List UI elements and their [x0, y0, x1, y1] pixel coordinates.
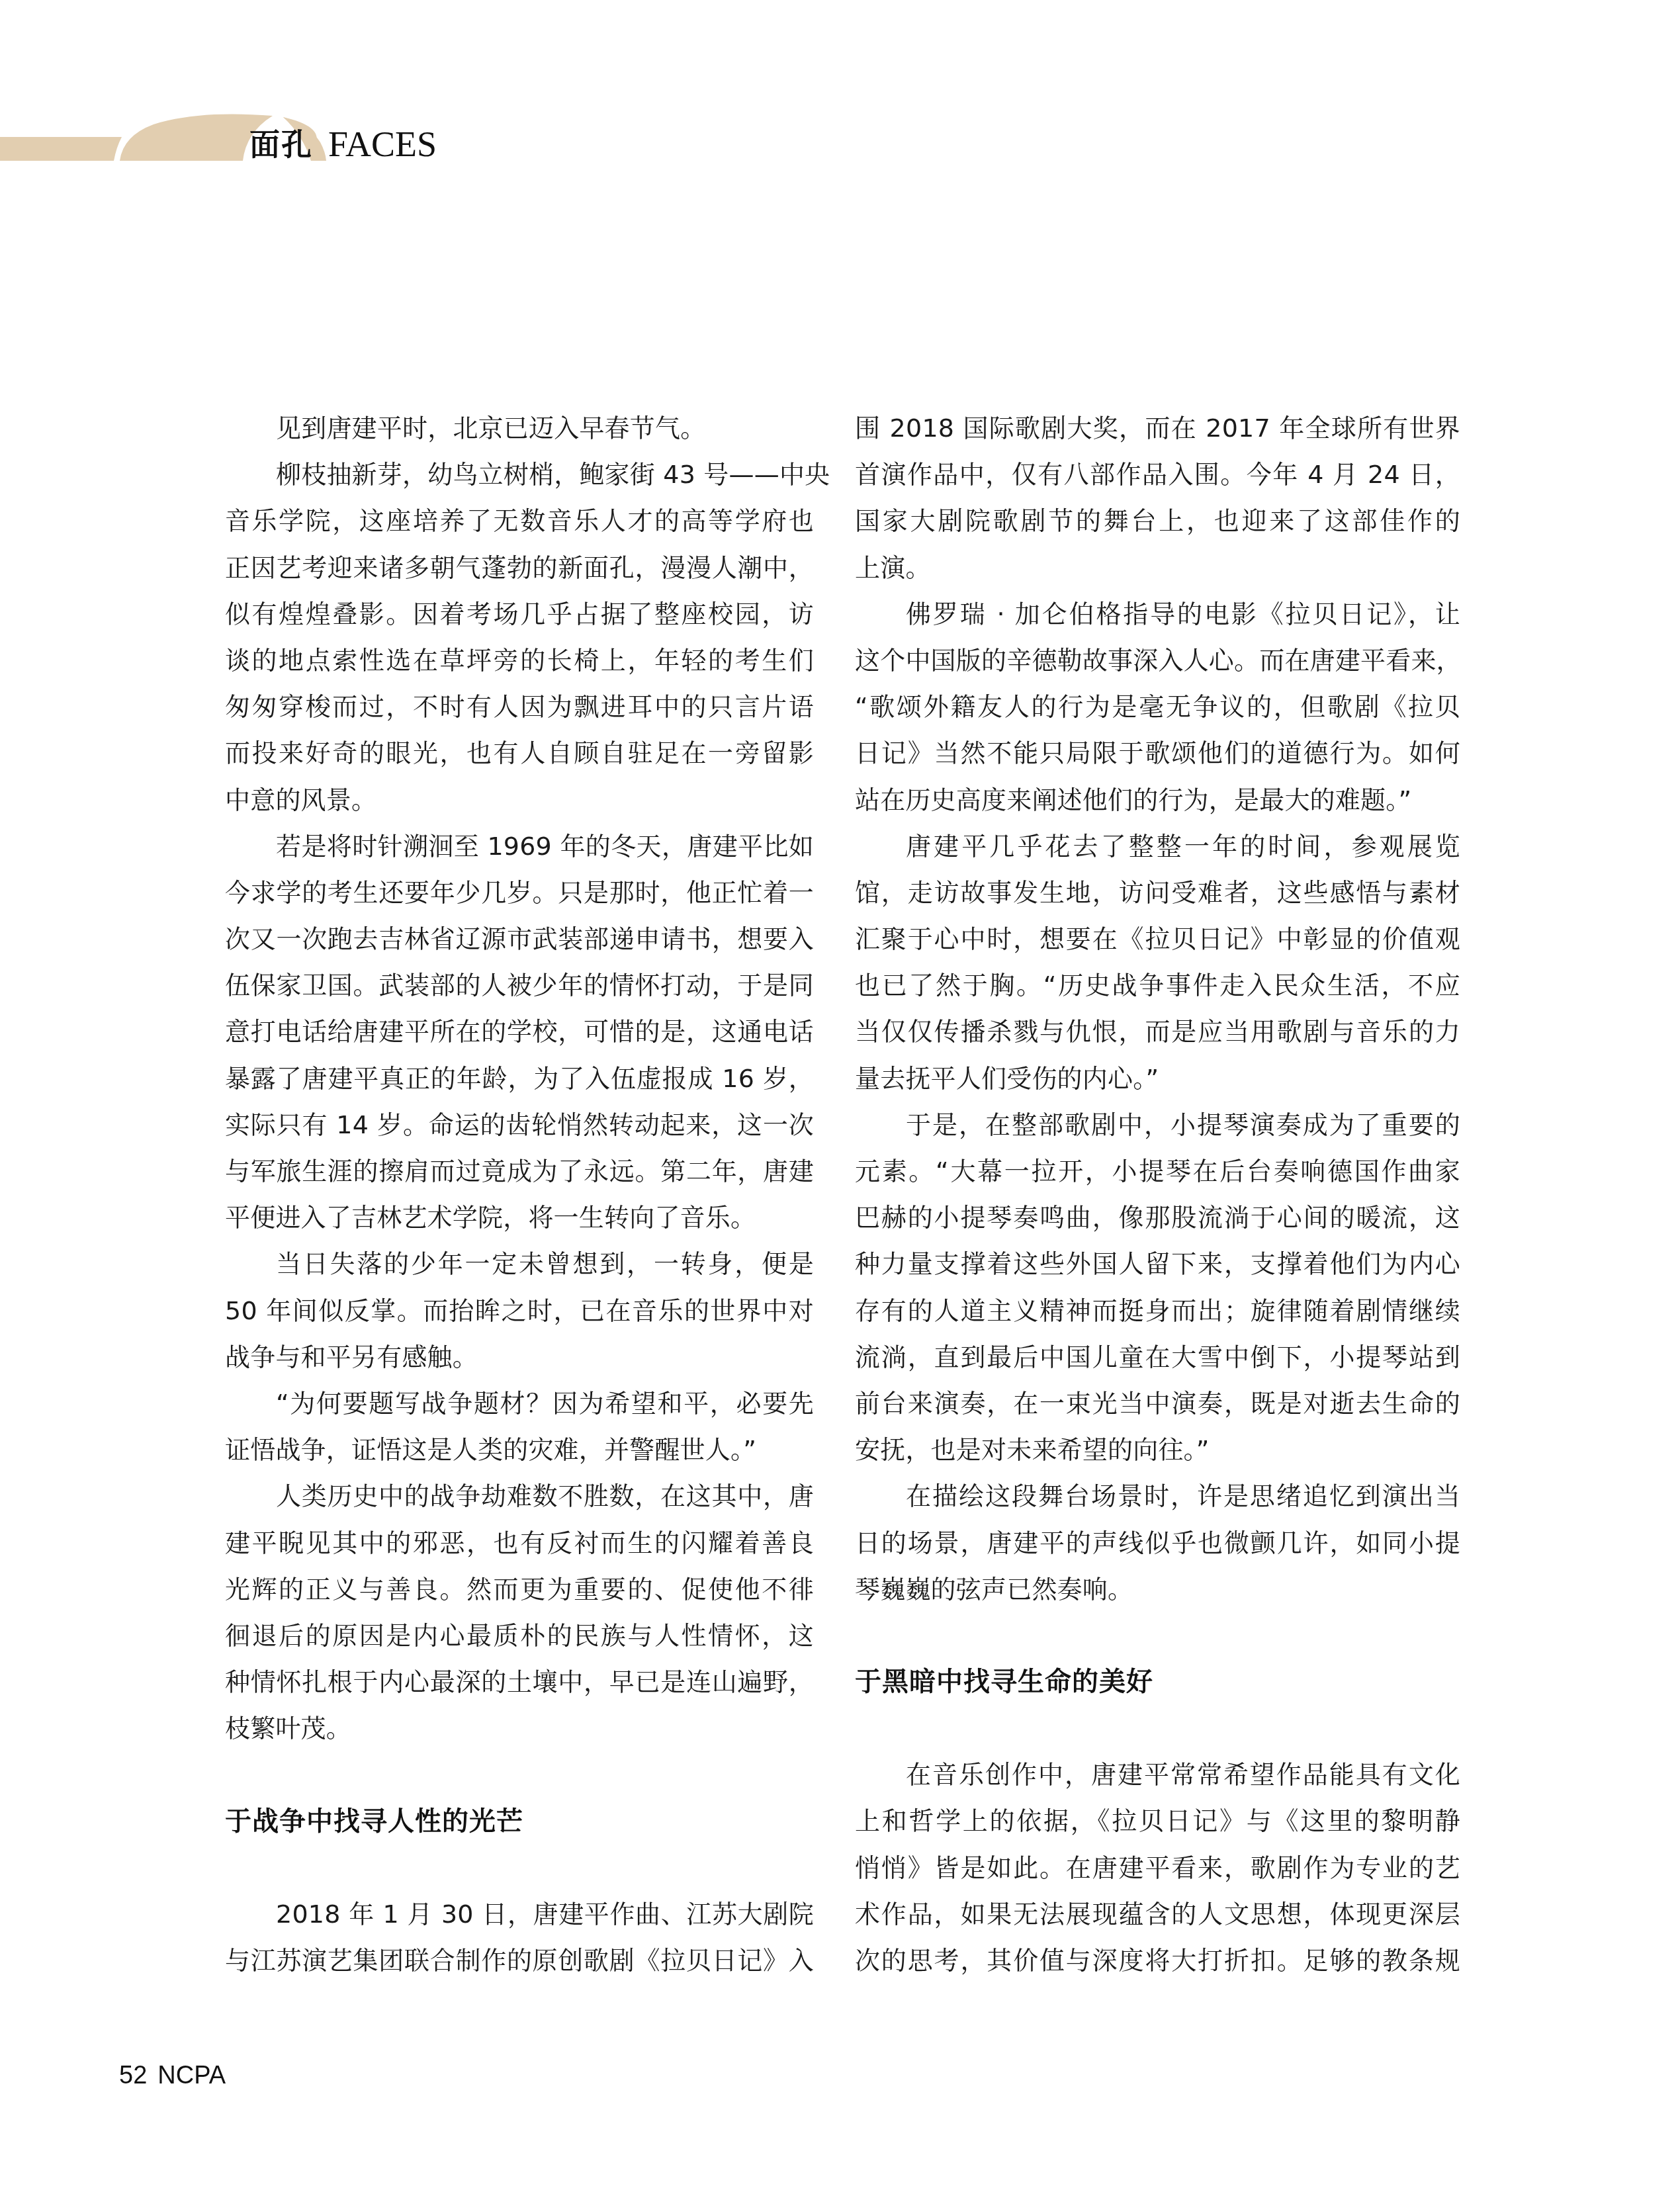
text-line: 暴露了唐建平真正的年龄，为了入伍虚报成 16 岁，: [225, 1055, 814, 1102]
text-line: 汇聚于心中时，想要在《拉贝日记》中彰显的价值观: [855, 916, 1460, 962]
text-line: 流淌，直到最后中国儿童在大雪中倒下，小提琴站到: [855, 1334, 1460, 1380]
text-line: 人类历史中的战争劫难数不胜数，在这其中，唐: [225, 1473, 814, 1519]
text-line: 安抚，也是对未来希望的向往。”: [855, 1426, 1460, 1473]
text-line: 当仅仅传播杀戮与仇恨，而是应当用歌剧与音乐的力: [855, 1008, 1460, 1055]
text-line: 量去抚平人们受伤的内心。”: [855, 1055, 1460, 1102]
text-line: 今求学的考生还要年少几岁。只是那时，他正忙着一: [225, 869, 814, 916]
text-line: 与江苏演艺集团联合制作的原创歌剧《拉贝日记》入: [225, 1937, 814, 1984]
subheading-war: 于战争中找寻人性的光芒: [225, 1798, 814, 1845]
text-line: 唐建平几乎花去了整整一年的时间，参观展览: [855, 823, 1460, 869]
spacer: [855, 1612, 1460, 1659]
text-line: 50 年间似反掌。而抬眸之时，已在音乐的世界中对: [225, 1288, 814, 1334]
text-line: 佛罗瑞 · 加仑伯格指导的电影《拉贝日记》，让: [855, 591, 1460, 637]
spacer: [225, 1751, 814, 1798]
text-line: 种情怀扎根于内心最深的土壤中，早已是连山遍野，: [225, 1659, 814, 1705]
left-column: 见到唐建平时，北京已迈入早春节气。 柳枝抽新芽，幼鸟立树梢，鲍家街 43 号——…: [225, 405, 814, 1984]
text-line: 元素。“大幕一拉开，小提琴在后台奏响德国作曲家: [855, 1148, 1460, 1194]
text-line: 战争与和平另有感触。: [225, 1334, 814, 1380]
text-line: 围 2018 国际歌剧大奖，而在 2017 年全球所有世界: [855, 405, 1460, 451]
text-line: 与军旅生涯的擦肩而过竟成为了永远。第二年，唐建: [225, 1148, 814, 1194]
text-line: 2018 年 1 月 30 日，唐建平作曲、江苏大剧院: [225, 1891, 814, 1937]
quote-line: “为何要题写战争题材？因为希望和平，必要先: [225, 1380, 814, 1426]
subheading-darkness: 于黑暗中找寻生命的美好: [855, 1659, 1460, 1705]
text-line: 柳枝抽新芽，幼鸟立树梢，鲍家街 43 号——中央: [225, 451, 814, 498]
publication-name: NCPA: [157, 2062, 226, 2089]
quote-line: 证悟战争，证悟这是人类的灾难，并警醒世人。”: [225, 1426, 814, 1473]
text-line: 术作品，如果无法展现蕴含的人文思想，体现更深层: [855, 1891, 1460, 1937]
text-line: 种力量支撑着这些外国人留下来，支撑着他们为内心: [855, 1241, 1460, 1287]
magazine-page: 面孔 FACES 见到唐建平时，北京已迈入早春节气。 柳枝抽新芽，幼鸟立树梢，鲍…: [0, 0, 1680, 2188]
text-line: 国家大剧院歌剧节的舞台上，也迎来了这部佳作的: [855, 498, 1460, 544]
right-column: 围 2018 国际歌剧大奖，而在 2017 年全球所有世界 首演作品中，仅有八部…: [855, 405, 1460, 1984]
text-line: 这个中国版的辛德勒故事深入人心。而在唐建平看来，: [855, 637, 1460, 683]
text-line: 平便进入了吉林艺术学院，将一生转向了音乐。: [225, 1194, 814, 1241]
page-footer: 52NCPA: [119, 2061, 226, 2090]
text-line: 徊退后的原因是内心最质朴的民族与人性情怀，这: [225, 1612, 814, 1659]
text-line: 建平睨见其中的邪恶，也有反衬而生的闪耀着善良: [225, 1520, 814, 1566]
text-line: 当日失落的少年一定未曾想到，一转身，便是: [225, 1241, 814, 1287]
text-line: 中意的风景。: [225, 777, 814, 823]
text-line: 实际只有 14 岁。命运的齿轮悄然转动起来，这一次: [225, 1102, 814, 1148]
text-line: 而投来好奇的眼光，也有人自顾自驻足在一旁留影: [225, 730, 814, 776]
text-line: 上和哲学上的依据，《拉贝日记》与《这里的黎明静: [855, 1798, 1460, 1844]
text-line: 匆匆穿梭而过，不时有人因为飘进耳中的只言片语: [225, 683, 814, 730]
section-title-en: FACES: [328, 124, 437, 164]
text-line: 前台来演奏，在一束光当中演奏，既是对逝去生命的: [855, 1380, 1460, 1426]
spacer: [855, 1705, 1460, 1751]
text-line: 站在历史高度来阐述他们的行为，是最大的难题。”: [855, 777, 1460, 823]
text-line: 意打电话给唐建平所在的学校，可惜的是，这通电话: [225, 1008, 814, 1055]
text-line: 伍保家卫国。武装部的人被少年的情怀打动，于是同: [225, 962, 814, 1008]
text-line: 次的思考，其价值与深度将大打折扣。足够的教条规: [855, 1937, 1460, 1984]
text-line: “歌颂外籍友人的行为是毫无争议的，但歌剧《拉贝: [855, 683, 1460, 730]
text-line: 在音乐创作中，唐建平常常希望作品能具有文化: [855, 1751, 1460, 1798]
text-line: 音乐学院，这座培养了无数音乐人才的高等学府也: [225, 498, 814, 544]
text-line: 馆，走访故事发生地，访问受难者，这些感悟与素材: [855, 869, 1460, 916]
section-title-cn: 面孔: [249, 126, 313, 163]
text-line: 日的场景，唐建平的声线似乎也微颤几许，如同小提: [855, 1520, 1460, 1566]
text-line: 谈的地点索性选在草坪旁的长椅上，年轻的考生们: [225, 637, 814, 683]
text-line: 正因艺考迎来诸多朝气蓬勃的新面孔，漫漫人潮中，: [225, 545, 814, 591]
text-line: 也已了然于胸。“历史战争事件走入民众生活，不应: [855, 962, 1460, 1008]
text-line: 光辉的正义与善良。然而更为重要的、促使他不徘: [225, 1566, 814, 1612]
text-line: 似有煌煌叠影。因着考场几乎占据了整座校园，访: [225, 591, 814, 637]
text-line: 枝繁叶茂。: [225, 1705, 814, 1751]
text-line: 日记》当然不能只局限于歌颂他们的道德行为。如何: [855, 730, 1460, 776]
text-line: 首演作品中，仅有八部作品入围。今年 4 月 24 日，: [855, 451, 1460, 498]
text-line: 次又一次跑去吉林省辽源市武装部递申请书，想要入: [225, 916, 814, 962]
text-line: 在描绘这段舞台场景时，许是思绪追忆到演出当: [855, 1473, 1460, 1519]
text-line: 上演。: [855, 545, 1460, 591]
text-line: 悄悄》皆是如此。在唐建平看来，歌剧作为专业的艺: [855, 1845, 1460, 1891]
text-line: 若是将时针溯洄至 1969 年的冬天，唐建平比如: [225, 823, 814, 869]
page-number: 52: [119, 2062, 147, 2089]
spacer: [225, 1845, 814, 1891]
text-line: 见到唐建平时，北京已迈入早春节气。: [225, 405, 814, 451]
text-line: 巴赫的小提琴奏鸣曲，像那股流淌于心间的暖流，这: [855, 1194, 1460, 1241]
text-line: 存有的人道主义精神而挺身而出；旋律随着剧情继续: [855, 1288, 1460, 1334]
text-line: 琴巍巍的弦声已然奏响。: [855, 1566, 1460, 1612]
text-line: 于是，在整部歌剧中，小提琴演奏成为了重要的: [855, 1102, 1460, 1148]
